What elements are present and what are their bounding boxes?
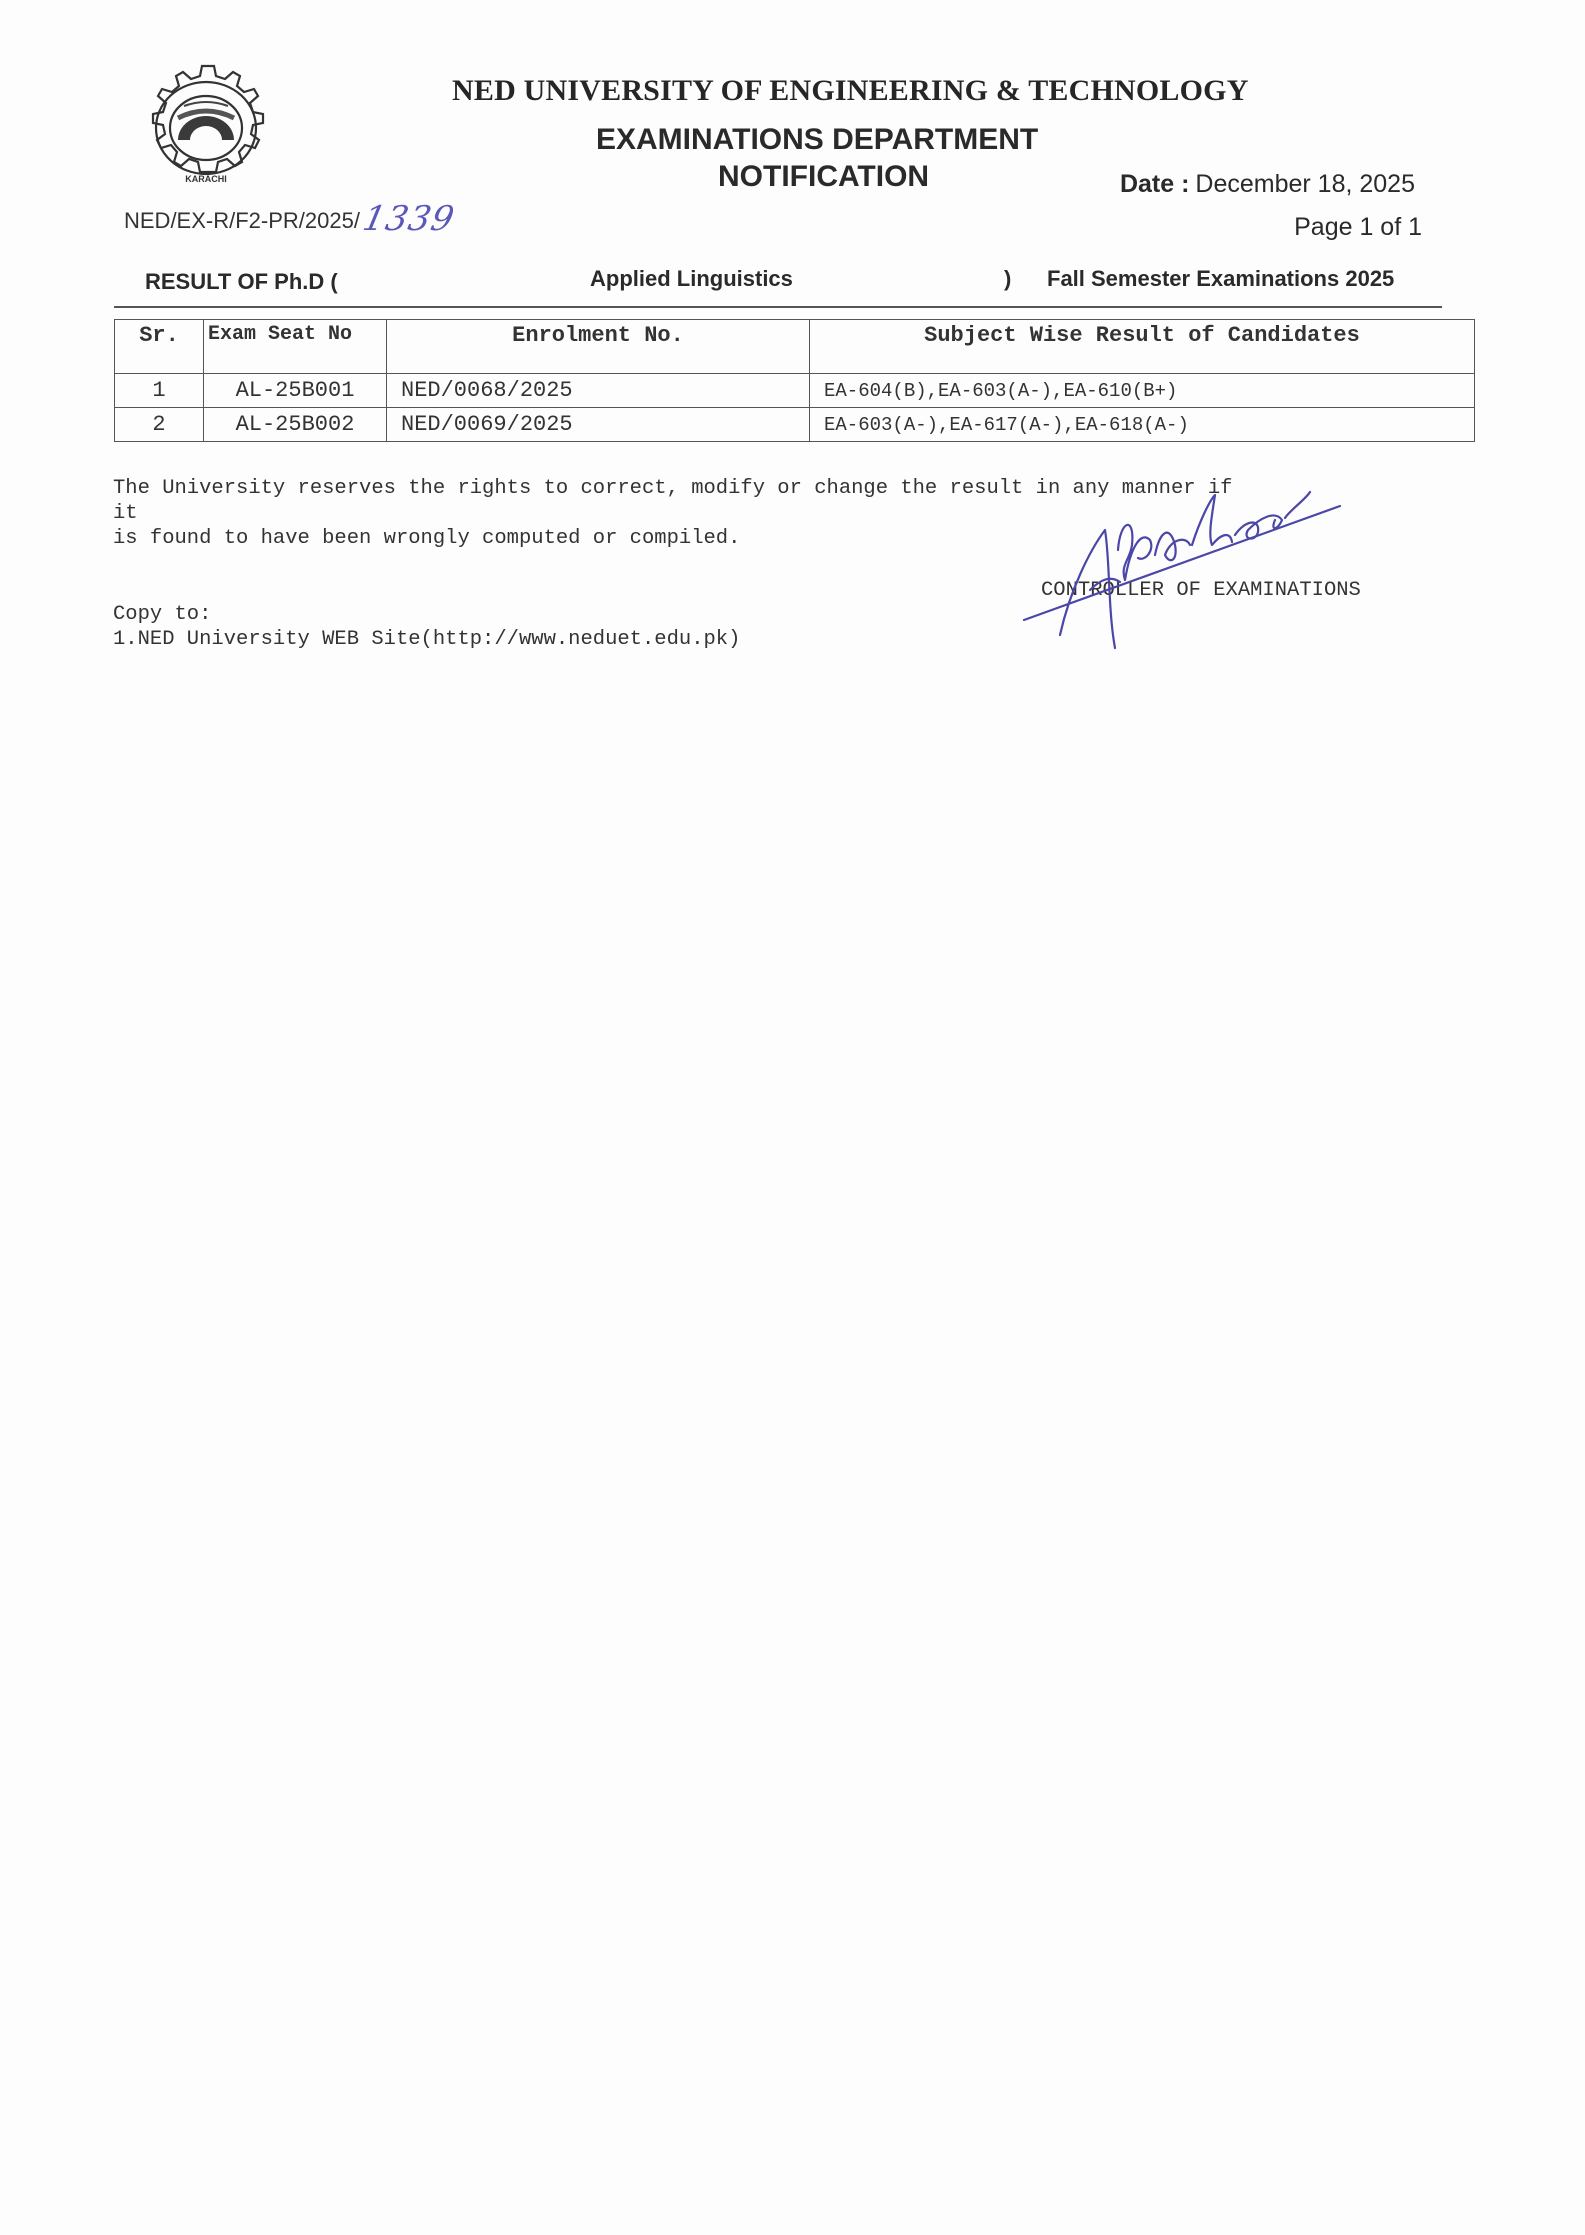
date-value: December 18, 2025	[1195, 170, 1415, 198]
cell-enrolment-no: NED/0069/2025	[387, 408, 810, 442]
cell-result: EA-603(A-),EA-617(A-),EA-618(A-)	[810, 408, 1475, 442]
disclaimer: The University reserves the rights to co…	[113, 476, 1443, 551]
disclaimer-line: it	[113, 501, 1443, 526]
cell-result: EA-604(B),EA-603(A-),EA-610(B+)	[810, 374, 1475, 408]
copy-to-section: Copy to:1.NED University WEB Site(http:/…	[113, 602, 740, 652]
cell-sr: 2	[115, 408, 204, 442]
table-row: 1 AL-25B001 NED/0068/2025 EA-604(B),EA-6…	[115, 374, 1475, 408]
document-type: NOTIFICATION	[718, 160, 929, 194]
divider	[114, 306, 1442, 308]
reference-handwritten-number: 1339	[359, 199, 458, 239]
results-table: Sr. Exam Seat No Enrolment No. Subject W…	[114, 319, 1475, 442]
cell-seat-no: AL-25B001	[204, 374, 387, 408]
cell-enrolment-no: NED/0068/2025	[387, 374, 810, 408]
header-enrolment-no: Enrolment No.	[387, 320, 810, 374]
date-line: Date :December 18, 2025	[1120, 170, 1415, 199]
university-name: NED UNIVERSITY OF ENGINEERING & TECHNOLO…	[452, 74, 1249, 108]
signatory-title: CONTROLLER OF EXAMINATIONS	[1041, 579, 1361, 602]
header-sr: Sr.	[115, 320, 204, 374]
session-name: Fall Semester Examinations 2025	[1047, 266, 1394, 292]
disclaimer-line: The University reserves the rights to co…	[113, 476, 1443, 501]
reference-prefix: NED/EX-R/F2-PR/2025/	[124, 208, 360, 233]
date-label: Date :	[1120, 170, 1189, 198]
result-prefix: RESULT OF Ph.D (	[145, 269, 338, 295]
header-result: Subject Wise Result of Candidates	[810, 320, 1475, 374]
cell-sr: 1	[115, 374, 204, 408]
university-seal-icon: KARACHI	[126, 62, 286, 192]
result-close-paren: )	[1004, 266, 1011, 292]
header-seat-no: Exam Seat No	[204, 320, 387, 374]
page-indicator: Page 1 of 1	[1294, 213, 1422, 242]
department-title: EXAMINATIONS DEPARTMENT	[596, 123, 1038, 157]
table-header-row: Sr. Exam Seat No Enrolment No. Subject W…	[115, 320, 1475, 374]
table-row: 2 AL-25B002 NED/0069/2025 EA-603(A-),EA-…	[115, 408, 1475, 442]
program-name: Applied Linguistics	[590, 266, 793, 292]
result-title: RESULT OF Ph.D ( Applied Linguistics ) F…	[114, 266, 1444, 296]
svg-text:KARACHI: KARACHI	[185, 174, 227, 184]
copy-to-label: Copy to:	[113, 602, 740, 627]
disclaimer-line: is found to have been wrongly computed o…	[113, 526, 1443, 551]
reference-number: NED/EX-R/F2-PR/2025/1339	[124, 197, 455, 237]
copy-to-item: 1.NED University WEB Site(http://www.ned…	[113, 627, 740, 652]
cell-seat-no: AL-25B002	[204, 408, 387, 442]
